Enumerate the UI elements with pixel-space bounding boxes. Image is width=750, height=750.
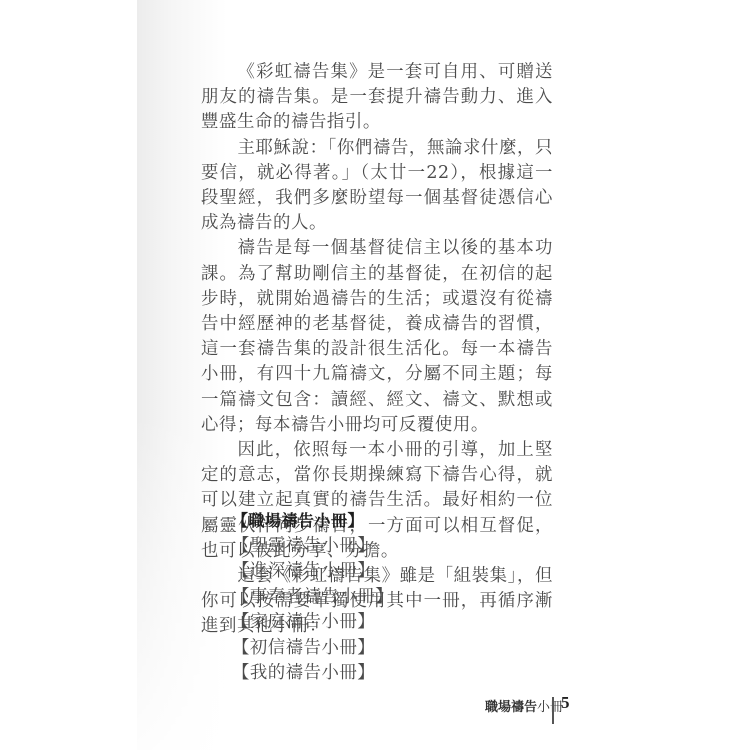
paragraph-purpose: 禱告是每一個基督徒信主以後的基本功課。為了幫助剛信主的基督徒，在初信的起步時，就…: [201, 236, 553, 438]
booklet-item-new-believer: 【初信禱告小冊】: [232, 636, 393, 662]
paragraph-intro: 《彩虹禱告集》是一套可自用、可贈送朋友的禱告集。是一套提升禱告動力、進入豐盛生命…: [201, 60, 553, 136]
booklet-item-family: 【家庭禱告小冊】: [232, 610, 393, 636]
booklet-list: 【職場禱告小冊】 【聖靈禱告小冊】 【進深禱告小冊】 【事奉者禱告小冊】 【家庭…: [232, 508, 393, 687]
paragraph-scripture: 主耶穌說：「你們禱告，無論求什麼，只要信，就必得著。」（太廿一22），根據這一段…: [201, 136, 553, 237]
booklet-item-ministry: 【事奉者禱告小冊】: [232, 585, 393, 611]
running-title-regular: 小冊: [537, 700, 563, 715]
page-number: 5: [561, 693, 570, 713]
booklet-item-my-own: 【我的禱告小冊】: [232, 661, 393, 687]
booklet-item-deeper: 【進深禱告小冊】: [232, 559, 393, 585]
running-title-bold: 職場禱告: [485, 700, 537, 715]
booklet-item-holy-spirit: 【聖靈禱告小冊】: [232, 534, 393, 560]
page-footer: 職場禱告小冊 5: [485, 693, 585, 725]
booklet-item-workplace: 【職場禱告小冊】: [232, 508, 393, 534]
footer-divider: [552, 697, 554, 724]
